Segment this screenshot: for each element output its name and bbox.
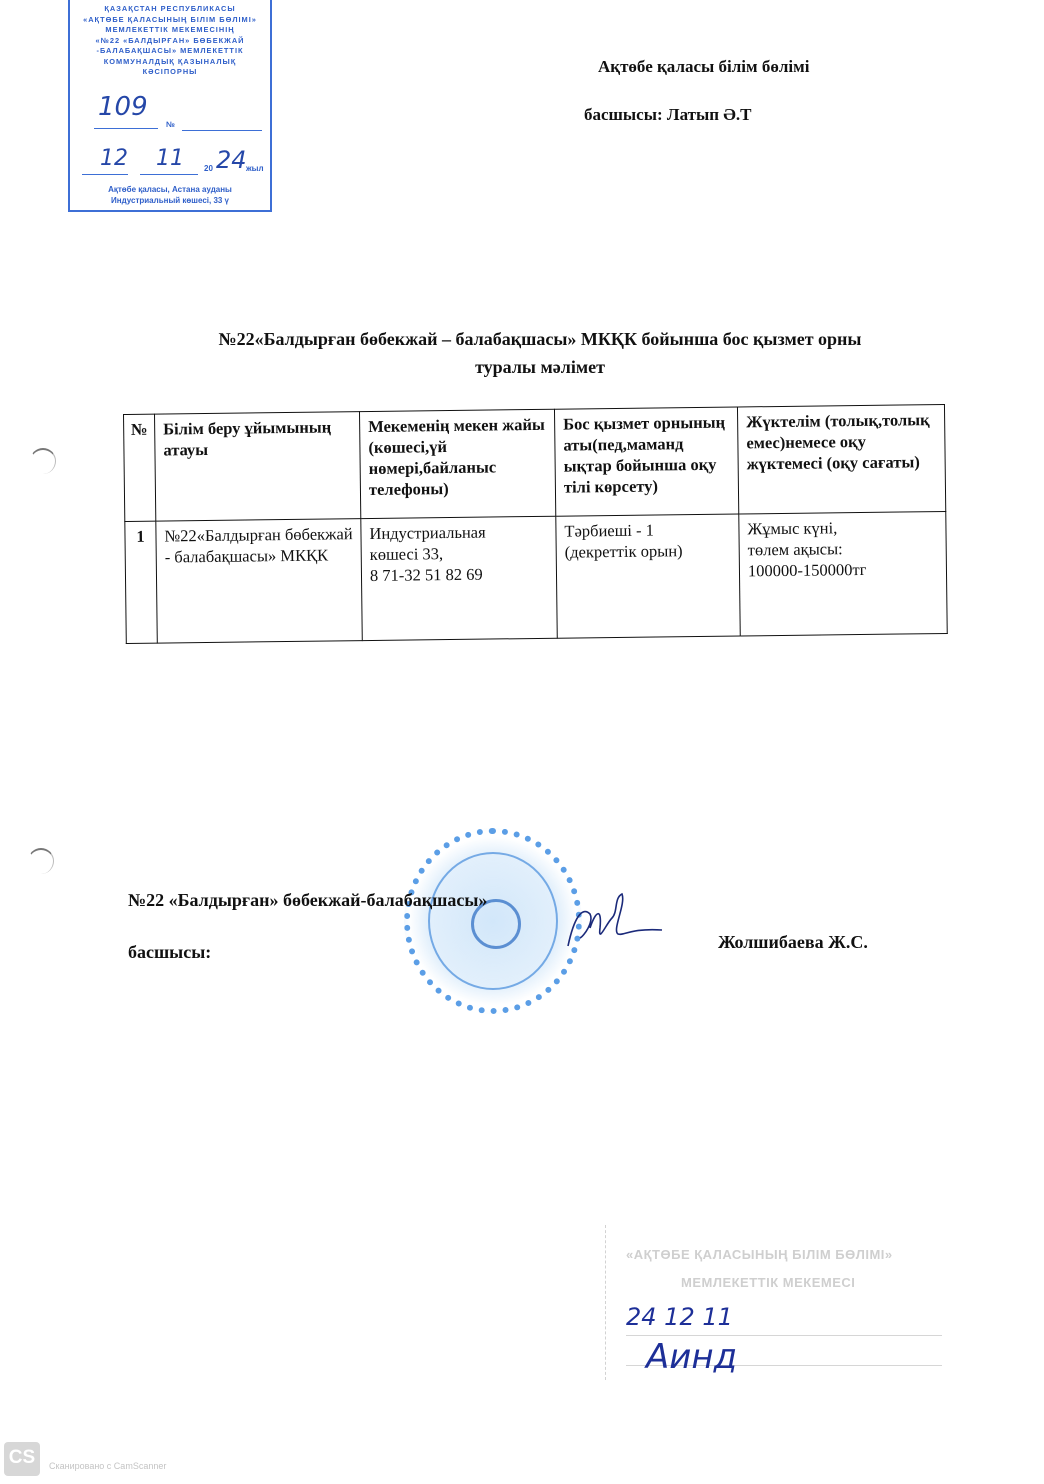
received-stamp-line-1: «АҚТӨБЕ ҚАЛАСЫНЫҢ БІЛІМ БӨЛІМІ» <box>626 1247 893 1262</box>
cell-address: Индустриальная көшесі 33, 8 71-32 51 82 … <box>361 516 557 640</box>
day-underline <box>82 174 128 175</box>
registration-year: 24 <box>216 146 247 174</box>
header-number: № <box>124 414 156 521</box>
official-seal <box>404 828 582 1014</box>
stamp-address: Ақтөбе қаласы, Астана ауданы Индустриаль… <box>70 184 270 206</box>
address-phone: 8 71-32 51 82 69 <box>370 563 550 586</box>
salary-label: төлем ақысы: <box>748 537 940 560</box>
document-title: №22«Балдырған бөбекжай – балабақшасы» МК… <box>140 325 940 381</box>
number-underline-2 <box>182 130 262 131</box>
signatory-name: Жолшибаева Ж.С. <box>718 932 868 953</box>
addressee-block: Ақтөбе қаласы білім бөлімі басшысы: Латы… <box>598 57 809 125</box>
header-position: Бос қызмет орнының аты(пед,маманд ықтар … <box>554 407 738 516</box>
address-street: Индустриальная <box>369 521 549 544</box>
table-row: 1 №22«Балдырған бөбекжай - балабақшасы» … <box>125 511 947 643</box>
registration-stamp: ҚАЗАҚСТАН РЕСПУБЛИКАСЫ «АҚТӨБЕ ҚАЛАСЫНЫҢ… <box>68 0 272 212</box>
cell-org-name: №22«Балдырған бөбекжай - балабақшасы» МК… <box>156 519 362 643</box>
addressee-department: Ақтөбе қаласы білім бөлімі <box>598 57 809 77</box>
header-address: Мекеменің мекен жайы (көшесі,үй нөмері,б… <box>359 409 555 518</box>
camscanner-watermark: Сканировано с CamScanner <box>49 1461 166 1471</box>
stamp-address-line: Индустриальный көшесі, 33 ү <box>70 195 270 206</box>
header-workload: Жүктелім (толық,толық емес)немесе оқу жү… <box>737 404 945 514</box>
table-header-row: № Білім беру ұйымының атауы Мекеменің ме… <box>124 404 946 521</box>
title-line-1: №22«Балдырған бөбекжай – балабақшасы» МК… <box>140 325 940 353</box>
signatory-organization: №22 «Балдырған» бөбекжай-балабақшасы» <box>128 890 487 911</box>
registration-month: 11 <box>156 146 184 171</box>
punch-hole-mark <box>28 848 54 874</box>
cell-workload: Жұмыс күні, төлем ақысы: 100000-150000тг <box>739 511 947 636</box>
camscanner-logo-icon: CS <box>4 1442 40 1476</box>
cell-number: 1 <box>125 521 157 643</box>
received-stamp-line-2: МЕМЛЕКЕТТІК МЕКЕМЕСІ <box>681 1275 855 1290</box>
vacancy-table: № Білім беру ұйымының атауы Мекеменің ме… <box>123 404 948 644</box>
cell-position: Тәрбиеші - 1 (декреттік орын) <box>556 514 740 638</box>
stamp-header-line: «№22 «БАЛДЫРҒАН» БӨБЕКЖАЙ <box>70 36 270 47</box>
stamp-header: ҚАЗАҚСТАН РЕСПУБЛИКАСЫ «АҚТӨБЕ ҚАЛАСЫНЫҢ… <box>70 0 270 78</box>
title-line-2: туралы мәлімет <box>140 353 940 381</box>
signatory-role: басшысы: <box>128 942 211 963</box>
workload-type: Жұмыс күні, <box>747 516 939 539</box>
handwritten-signature-icon <box>560 888 670 958</box>
year-prefix: 20 <box>204 164 213 173</box>
header-org-name: Білім беру ұйымының атауы <box>155 412 361 521</box>
position-title: Тәрбиеші - 1 <box>564 519 732 542</box>
received-stamp: «АҚТӨБЕ ҚАЛАСЫНЫҢ БІЛІМ БӨЛІМІ» МЕМЛЕКЕТ… <box>605 1225 946 1380</box>
punch-hole-mark <box>30 448 56 474</box>
addressee-head: басшысы: Латып Ә.Т <box>584 105 809 125</box>
received-signature-handwritten: Аинд <box>646 1337 737 1377</box>
month-underline <box>140 174 198 175</box>
number-underline <box>94 128 158 129</box>
stamp-header-line: -БАЛАБАҚШАСЫ» МЕМЛЕКЕТТІК <box>70 46 270 57</box>
stamp-header-line: «АҚТӨБЕ ҚАЛАСЫНЫҢ БІЛІМ БӨЛІМІ» <box>70 15 270 26</box>
stamp-header-line: КӘСІПОРНЫ <box>70 67 270 78</box>
registration-day: 12 <box>100 146 128 171</box>
stamp-address-line: Ақтөбе қаласы, Астана ауданы <box>70 184 270 195</box>
number-sign: № <box>166 120 175 129</box>
position-note: (декреттік орын) <box>565 540 733 563</box>
stamp-header-line: КОММУНАЛДЫҚ ҚАЗЫНАЛЫҚ <box>70 57 270 68</box>
received-stamp-rule <box>626 1335 942 1336</box>
stamp-header-line: ҚАЗАҚСТАН РЕСПУБЛИКАСЫ <box>70 4 270 15</box>
registration-number: 109 <box>98 92 148 122</box>
year-word: жыл <box>246 164 264 173</box>
address-house: көшесі 33, <box>370 542 550 565</box>
salary-range: 100000-150000тг <box>748 558 940 581</box>
received-date-handwritten: 24 12 11 <box>626 1303 733 1331</box>
stamp-header-line: МЕМЛЕКЕТТІК МЕКЕМЕСІНІҢ <box>70 25 270 36</box>
